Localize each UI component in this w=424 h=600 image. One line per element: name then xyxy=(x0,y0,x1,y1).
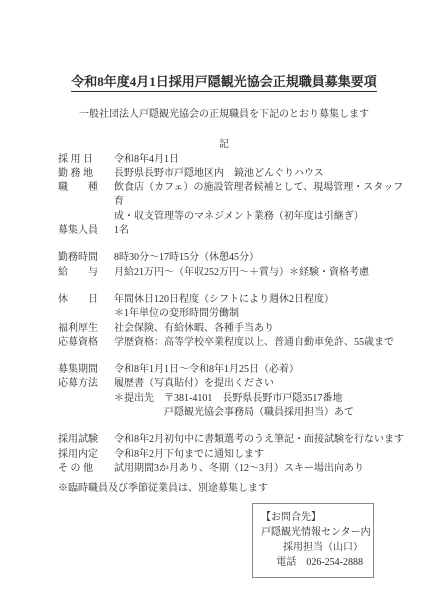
field-label: 福利厚生 xyxy=(58,322,102,336)
field-label: そ の 他 xyxy=(58,462,102,476)
row-work-hours: 勤務時間 8時30分～17時15分（休憩45分） xyxy=(58,251,404,265)
field-value: 年間休日120日程度（シフトにより週休2日程度） ＊1年単位の変形時間労働制 xyxy=(114,293,334,322)
row-other: そ の 他 試用期間3か月あり、冬期（12～3月）スキー場出向あり xyxy=(58,462,404,476)
field-value: 社会保険、有給休暇、各種手当あり xyxy=(114,322,274,336)
contact-box-person: 採用担当（山口） xyxy=(261,540,365,555)
field-value: 8時30分～17時15分（休憩45分） xyxy=(114,251,259,265)
row-positions-count: 募集人員 1名 xyxy=(58,224,404,238)
row-qualifications: 応募資格 学歴資格：高等学校卒業程度以上、普通自動車免許、55歳まで xyxy=(58,336,404,350)
row-benefits: 福利厚生 社会保険、有給休暇、各種手当あり xyxy=(58,322,404,336)
row-application-period: 募集期間 令和8年1月1日～令和8年1月25日（必着） xyxy=(58,363,404,377)
row-holidays: 休 日 年間休日120日程度（シフトにより週休2日程度） ＊1年単位の変形時間労… xyxy=(58,293,404,322)
recruitment-notice-document: 令和8年度4月1日採用戸隠観光協会正規職員募集要項 一般社団法人戸隠観光協会の正… xyxy=(0,0,424,600)
contact-box: 【お問合先】 戸隠観光情報センター内 採用担当（山口） 電話 026-254-2… xyxy=(252,503,374,578)
field-label: 給 与 xyxy=(58,266,102,280)
field-value: 飲食店（カフェ）の施設管理者候補として、現場管理・スタッフ育 成・収支管理等のマ… xyxy=(114,181,404,224)
field-value: 長野県長野市戸隠地区内 鏡池どんぐりハウス xyxy=(114,167,324,181)
contact-box-heading: 【お問合先】 xyxy=(261,510,365,525)
field-label: 募集期間 xyxy=(58,363,102,377)
row-exam: 採用試験 令和8年2月初旬中に書類選考のうえ筆記・面接試験を行ないます xyxy=(58,433,404,447)
field-value: 履歴書（写真貼付）を提出ください ＊提出先 〒381-4101 長野県長野市戸隠… xyxy=(114,377,354,420)
field-label: 採用試験 xyxy=(58,433,102,447)
record-marker: 記 xyxy=(44,138,404,152)
row-work-location: 勤 務 地 長野県長野市戸隠地区内 鏡池どんぐりハウス xyxy=(58,167,404,181)
contact-box-org: 戸隠観光情報センター内 xyxy=(261,525,365,540)
field-value: 令和8年4月1日 xyxy=(114,153,179,167)
footnote-temporary-staff: ※臨時職員及び季節従業員は、別途募集します xyxy=(58,482,404,496)
field-value: 月給21万円～（年収252万円～＋賞与）＊経験・資格考慮 xyxy=(114,266,369,280)
field-label: 応募資格 xyxy=(58,336,102,350)
field-label: 休 日 xyxy=(58,293,102,307)
field-value: 令和8年2月初旬中に書類選考のうえ筆記・面接試験を行ないます xyxy=(114,433,404,447)
contact-box-phone: 電話 026-254-2888 xyxy=(261,555,365,570)
field-value: 学歴資格：高等学校卒業程度以上、普通自動車免許、55歳まで xyxy=(114,336,394,350)
field-value: 令和8年2月下旬までに通知します xyxy=(114,448,264,462)
row-hire-date: 採 用 日 令和8年4月1日 xyxy=(58,153,404,167)
page-title: 令和8年度4月1日採用戸隠観光協会正規職員募集要項 xyxy=(44,74,404,92)
row-application-method: 応募方法 履歴書（写真貼付）を提出ください ＊提出先 〒381-4101 長野県… xyxy=(58,377,404,420)
field-label: 募集人員 xyxy=(58,224,102,238)
row-offer-notice: 採用内定 令和8年2月下旬までに通知します xyxy=(58,448,404,462)
field-label: 勤 務 地 xyxy=(58,167,102,181)
field-value: 1名 xyxy=(114,224,129,238)
document-subtitle: 一般社団法人戸隠観光協会の正規職員を下記のとおり募集します xyxy=(44,108,404,122)
field-label: 勤務時間 xyxy=(58,251,102,265)
field-label: 職 種 xyxy=(58,181,102,195)
field-label: 応募方法 xyxy=(58,377,102,391)
field-label: 採用内定 xyxy=(58,448,102,462)
field-value: 令和8年1月1日～令和8年1月25日（必着） xyxy=(114,363,299,377)
row-job-type: 職 種 飲食店（カフェ）の施設管理者候補として、現場管理・スタッフ育 成・収支管… xyxy=(58,181,404,224)
page-title-text: 令和8年度4月1日採用戸隠観光協会正規職員募集要項 xyxy=(71,74,377,92)
row-salary: 給 与 月給21万円～（年収252万円～＋賞与）＊経験・資格考慮 xyxy=(58,266,404,280)
field-label: 採 用 日 xyxy=(58,153,102,167)
field-value: 試用期間3か月あり、冬期（12～3月）スキー場出向あり xyxy=(114,462,364,476)
